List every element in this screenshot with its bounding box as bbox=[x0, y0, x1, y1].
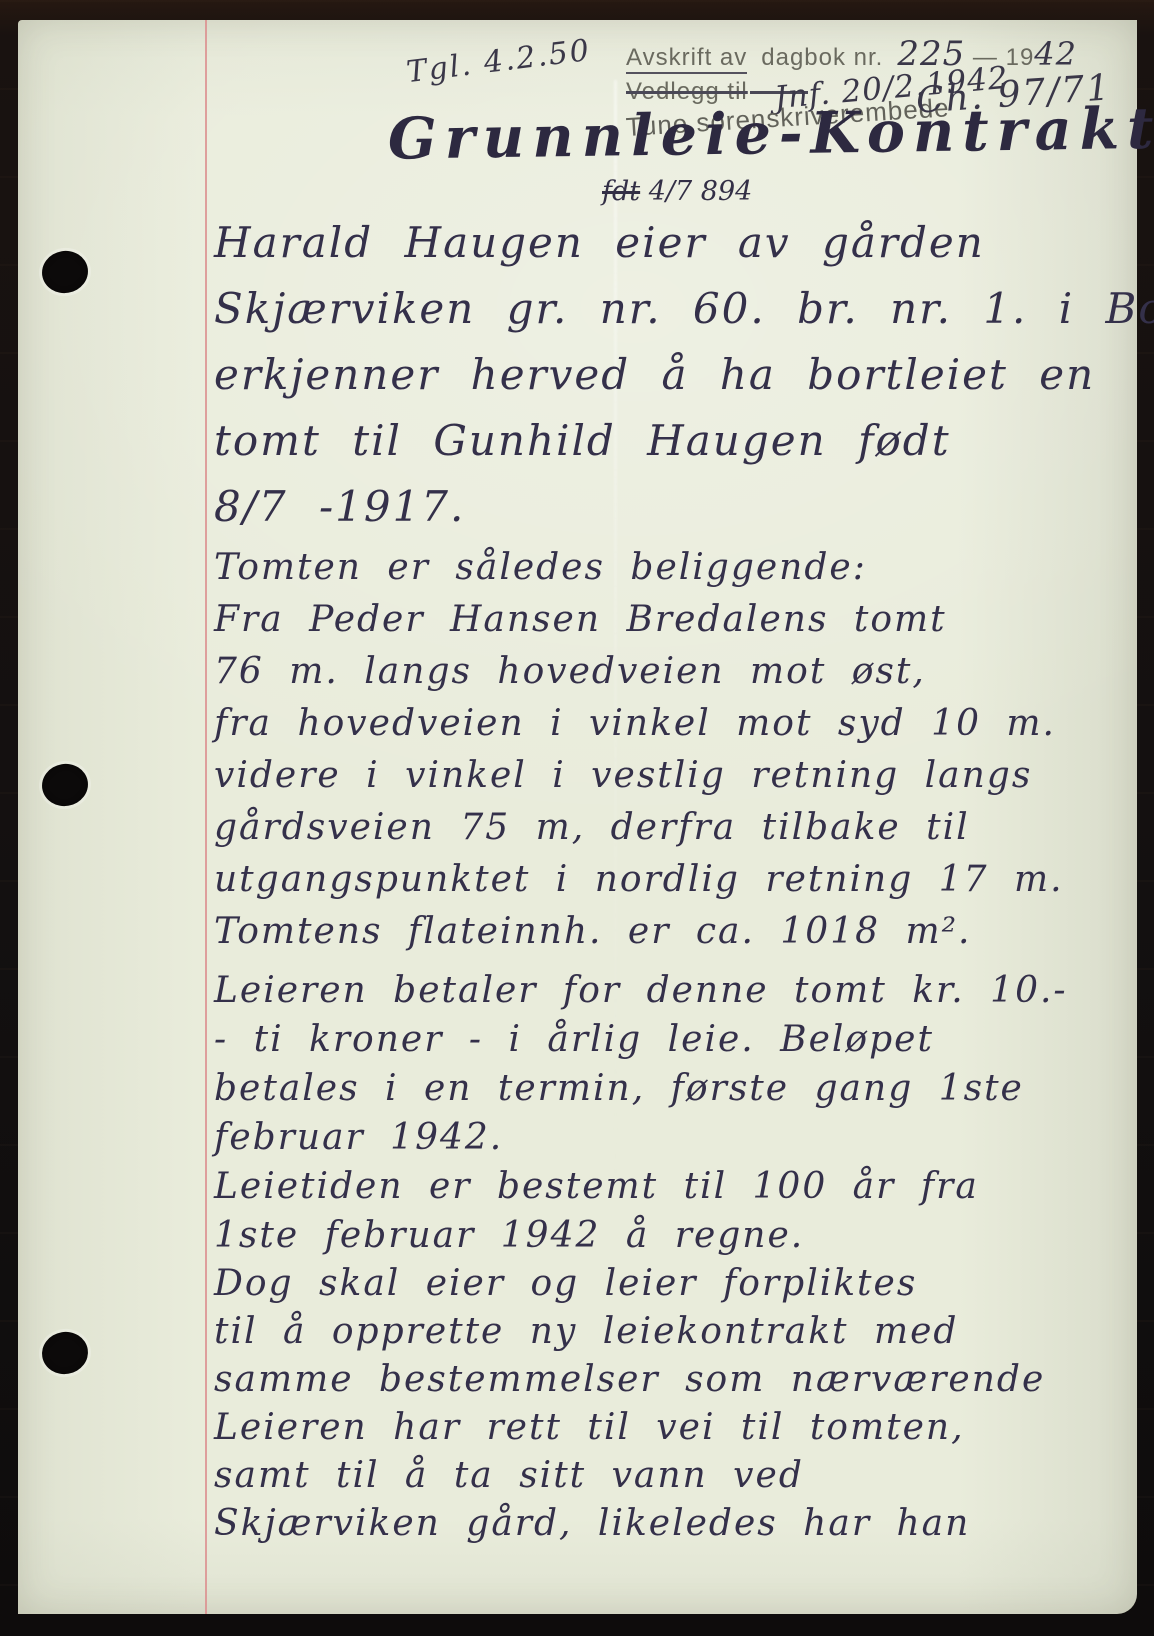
handwritten-line: Leietiden er bestemt til 100 år fra bbox=[214, 1162, 1068, 1211]
insertion-struck-part: fdt bbox=[602, 176, 640, 207]
handwritten-line: 76 m. langs hovedveien mot øst, bbox=[214, 646, 1064, 698]
punch-hole-bottom bbox=[39, 1328, 92, 1377]
paragraph-terms: Dog skal eier og leier forpliktestil å o… bbox=[214, 1260, 1045, 1548]
handwritten-line: Leieren har rett til vei til tomten, bbox=[214, 1404, 1045, 1452]
handwritten-line: - ti kroner - i årlig leie. Beløpet bbox=[214, 1015, 1068, 1064]
handwritten-line: 8/7 -1917. bbox=[214, 474, 1154, 540]
insertion-date: 4/7 894 bbox=[649, 176, 753, 207]
red-margin-line bbox=[205, 20, 207, 1614]
handwritten-line: Fra Peder Hansen Bredalens tomt bbox=[214, 594, 1064, 646]
paragraph-location: Tomten er således beliggende:Fra Peder H… bbox=[214, 542, 1064, 958]
handwritten-line: Dog skal eier og leier forpliktes bbox=[214, 1260, 1045, 1308]
birthdate-insertion: fdt 4/7 894 bbox=[602, 176, 752, 207]
handwritten-line: Tomten er således beliggende: bbox=[214, 542, 1064, 594]
handwritten-line: Skjærviken gård, likeledes har han bbox=[214, 1500, 1045, 1548]
handwritten-line: Harald Haugen eier av gården bbox=[214, 210, 1154, 276]
paragraph-parties: Harald Haugen eier av gårdenSkjærviken g… bbox=[214, 210, 1154, 540]
handwritten-line: Leieren betaler for denne tomt kr. 10.- bbox=[214, 966, 1068, 1015]
handwritten-line: Tomtens flateinnh. er ca. 1018 m². bbox=[214, 906, 1064, 958]
stamp-year-printed: 19 bbox=[1006, 44, 1035, 71]
registration-note: Tgl. 4.2.50 bbox=[405, 33, 593, 90]
handwritten-line: videre i vinkel i vestlig retning langs bbox=[214, 750, 1064, 802]
handwritten-line: 1ste februar 1942 å regne. bbox=[214, 1211, 1068, 1260]
stamp-row-dagbok: Avskrift avdagbok nr.225 — 1942 bbox=[626, 34, 1077, 74]
handwritten-line: februar 1942. bbox=[214, 1113, 1068, 1162]
handwritten-line: samt til å ta sitt vann ved bbox=[214, 1452, 1045, 1500]
handwritten-line: fra hovedveien i vinkel mot syd 10 m. bbox=[214, 698, 1064, 750]
handwritten-line: erkjenner herved å ha bortleiet en bbox=[214, 342, 1154, 408]
handwritten-line: Skjærviken gr. nr. 60. br. nr. 1. i Borg… bbox=[214, 276, 1154, 342]
scanned-book-background: Tgl. 4.2.50 Avskrift avdagbok nr.225 — 1… bbox=[0, 0, 1154, 1636]
punch-hole-top bbox=[39, 247, 92, 296]
punch-hole-middle bbox=[39, 760, 92, 809]
stamp-dagbok-label: dagbok nr. bbox=[761, 44, 883, 71]
document-page: Tgl. 4.2.50 Avskrift avdagbok nr.225 — 1… bbox=[18, 20, 1137, 1614]
handwritten-line: til å opprette ny leiekontrakt med bbox=[214, 1308, 1045, 1356]
handwritten-line: tomt til Gunhild Haugen født bbox=[214, 408, 1154, 474]
stamp-avskrift-label: Avskrift av bbox=[626, 44, 747, 74]
page-title: Grunnleie-Kontrakt. bbox=[388, 94, 1154, 172]
year-handwritten: 42 bbox=[1034, 35, 1077, 73]
handwritten-line: samme bestemmelser som nærværende bbox=[214, 1356, 1045, 1404]
paragraph-payment: Leieren betaler for denne tomt kr. 10.--… bbox=[214, 966, 1068, 1260]
handwritten-line: gårdsveien 75 m, derfra tilbake til bbox=[214, 802, 1064, 854]
handwritten-line: utgangspunktet i nordlig retning 17 m. bbox=[214, 854, 1064, 906]
handwritten-line: betales i en termin, første gang 1ste bbox=[214, 1064, 1068, 1113]
